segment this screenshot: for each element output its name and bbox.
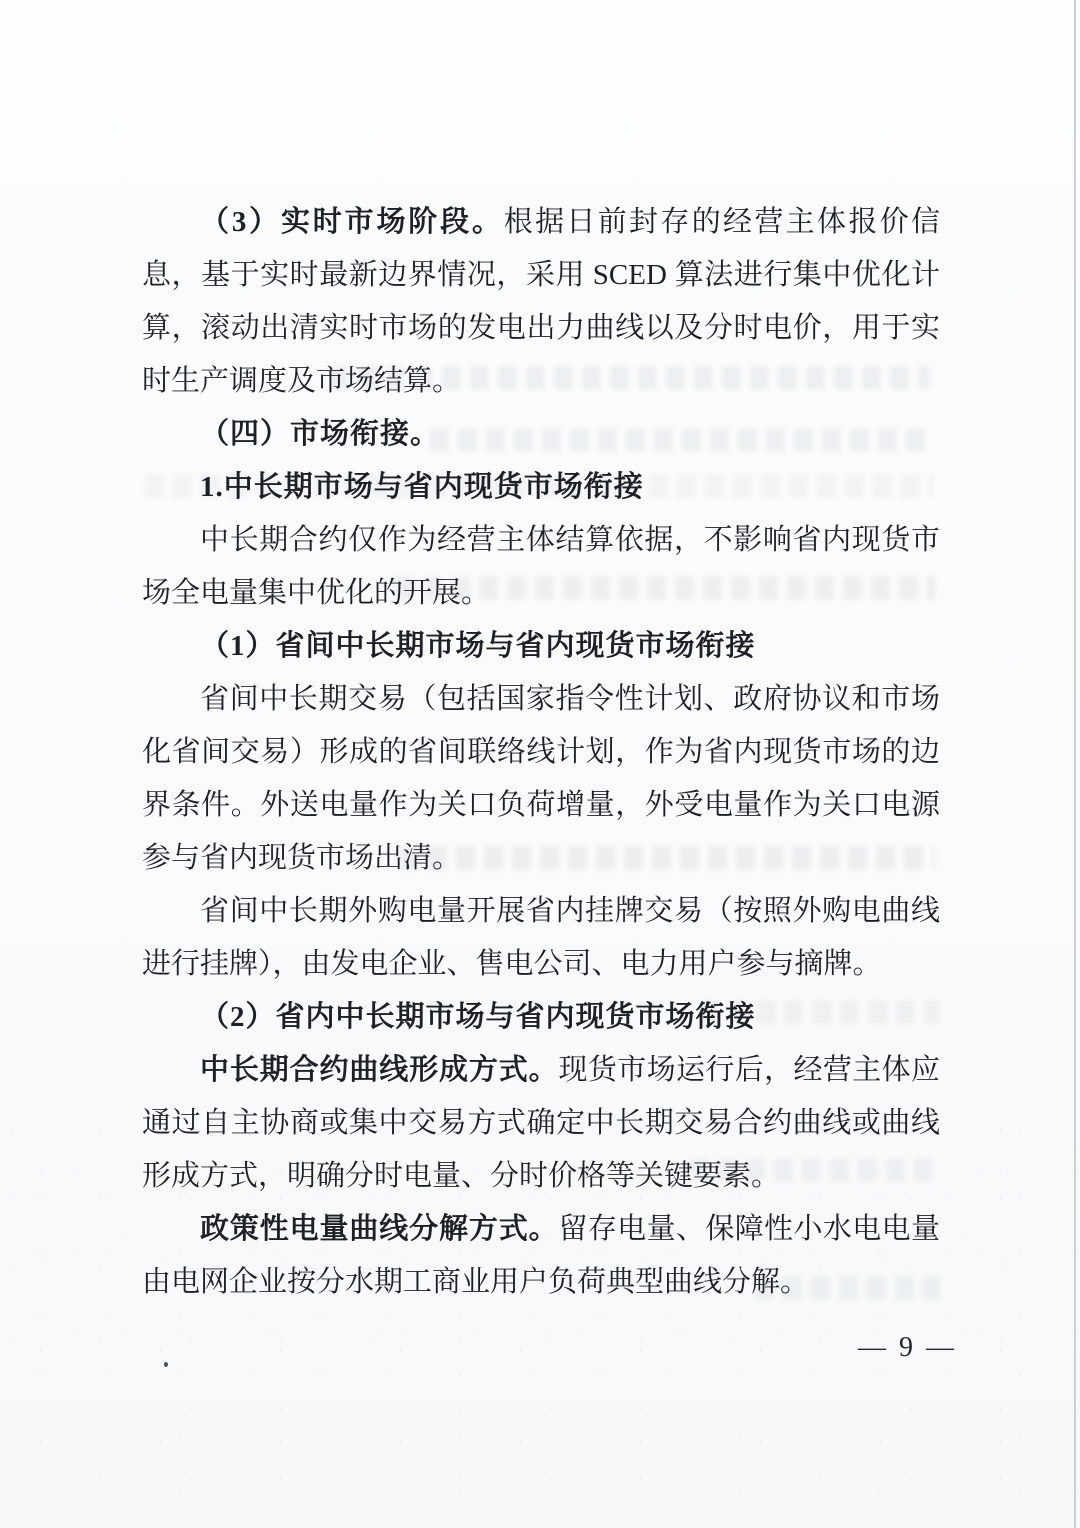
paragraph-lead-policy-energy-curve-decomposition: 政策性电量曲线分解方式。	[200, 1213, 559, 1245]
paragraph-policy-energy-curve-decomposition: 政策性电量曲线分解方式。留存电量、保障性小水电电量由电网企业按分水期工商业用户负…	[142, 1203, 940, 1309]
page-edge-line	[1074, 0, 1076, 1528]
paragraph-interprovincial-trading-boundary: 省间中长期交易（包括国家指令性计划、政府协议和市场化省间交易）形成的省间联络线计…	[142, 673, 940, 885]
subheading-interprovincial-midlongterm-linkage: （1）省间中长期市场与省内现货市场衔接	[142, 620, 940, 673]
paragraph-midlongterm-contract-settlement: 中长期合约仅作为经营主体结算依据，不影响省内现货市场全电量集中优化的开展。	[142, 514, 940, 620]
paragraph-lead-realtime-market-stage: （3）实时市场阶段。	[200, 206, 504, 238]
paragraph-realtime-market-stage: （3）实时市场阶段。根据日前封存的经营主体报价信息，基于实时最新边界情况，采用 …	[142, 196, 940, 408]
subheading-midlongterm-vs-provincial-spot: 1.中长期市场与省内现货市场衔接	[142, 461, 940, 514]
paragraph-interprovincial-purchase-listing: 省间中长期外购电量开展省内挂牌交易（按照外购电曲线进行挂牌），由发电企业、售电公…	[142, 885, 940, 991]
section-heading-market-linkage: （四）市场衔接。	[142, 408, 940, 461]
subheading-inprovince-midlongterm-linkage: （2）省内中长期市场与省内现货市场衔接	[142, 991, 940, 1044]
paragraph-contract-curve-formation: 中长期合约曲线形成方式。现货市场运行后，经营主体应通过自主协商或集中交易方式确定…	[142, 1044, 940, 1203]
document-body: （3）实时市场阶段。根据日前封存的经营主体报价信息，基于实时最新边界情况，采用 …	[142, 196, 940, 1309]
paragraph-lead-contract-curve-formation: 中长期合约曲线形成方式。	[200, 1054, 559, 1086]
page-number: — 9 —	[858, 1332, 957, 1364]
scan-artifact-dot	[164, 1362, 168, 1367]
